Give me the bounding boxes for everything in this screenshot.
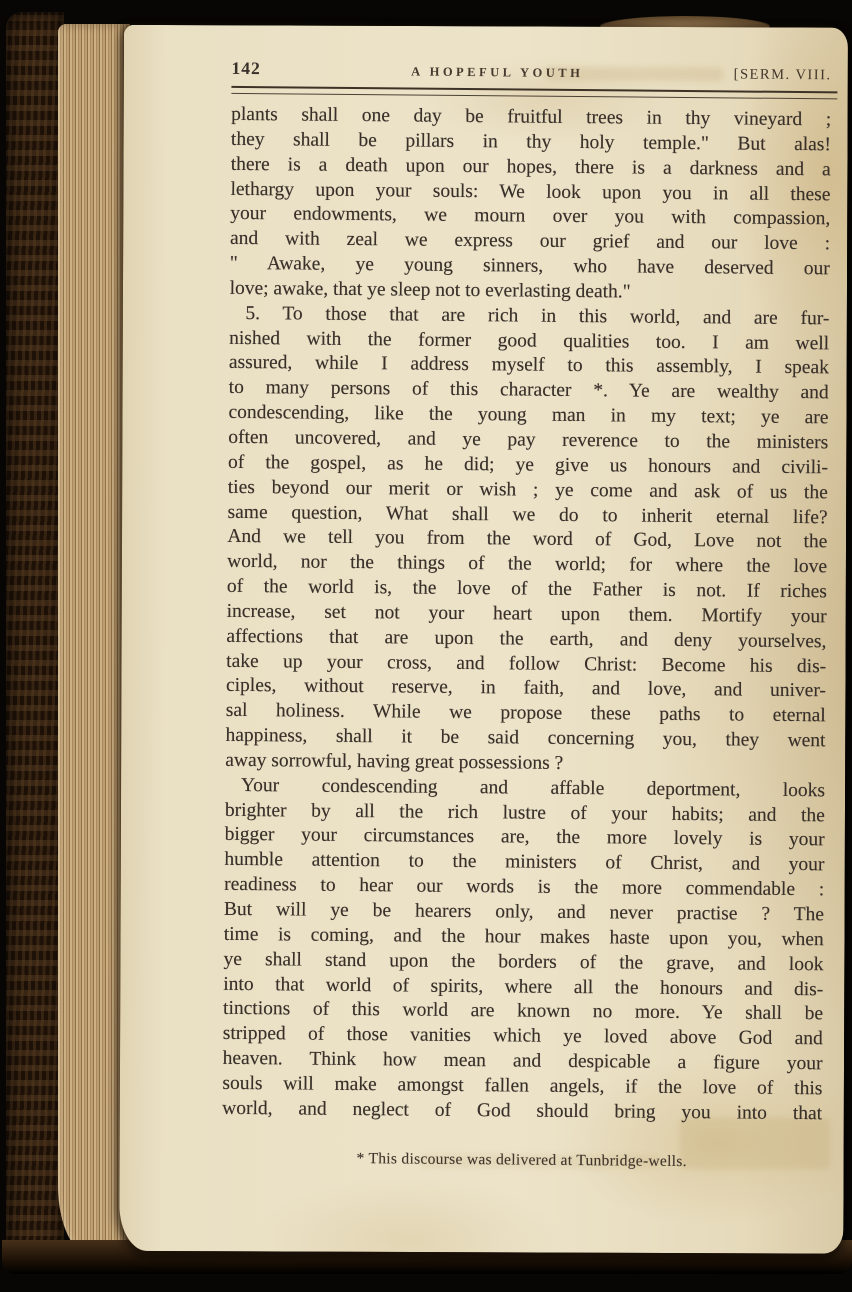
page-number: 142	[232, 58, 261, 79]
section-label: [SERM. VIII.	[734, 66, 832, 84]
running-title: A HOPEFUL YOUTH	[261, 63, 734, 82]
page-content: 142 A HOPEFUL YOUTH [SERM. VIII. plants …	[113, 25, 848, 1258]
text-line: world, and neglect of God should bring y…	[222, 1097, 822, 1127]
body-text: plants shall one day be fruitful trees i…	[222, 103, 831, 1127]
footnote: * This discourse was delivered at Tunbri…	[222, 1148, 822, 1171]
header-rule	[231, 86, 837, 99]
page-header: 142 A HOPEFUL YOUTH [SERM. VIII.	[232, 58, 832, 84]
book-spine-leather	[6, 12, 64, 1260]
photo-background: { "colors": { "paper": "#ece3c9", "ink":…	[0, 0, 852, 1292]
book-page: 142 A HOPEFUL YOUTH [SERM. VIII. plants …	[119, 25, 848, 1254]
